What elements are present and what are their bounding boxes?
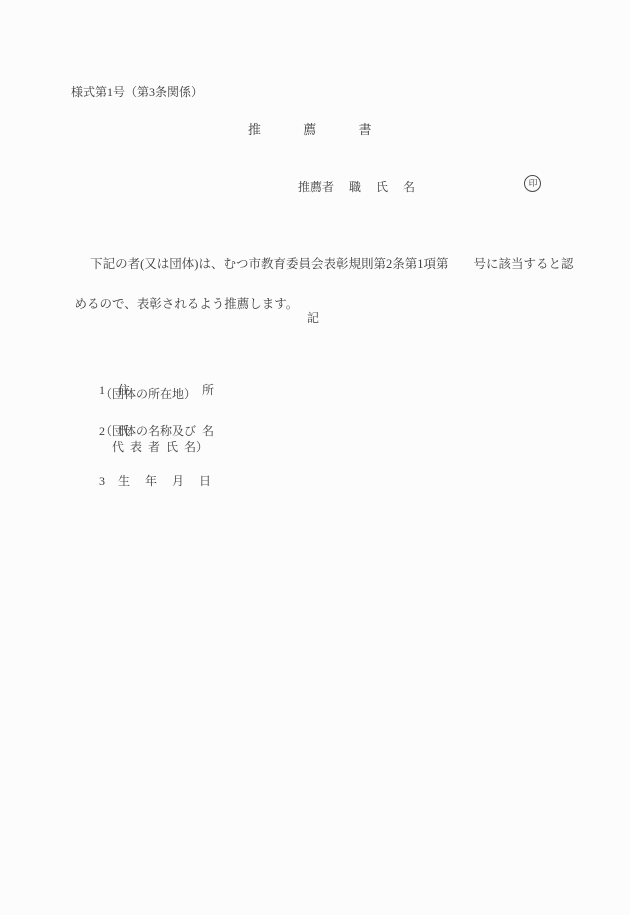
list-item-name-sub-2: 代 表 者 氏 名） [81,438,208,455]
list-item-name-sub-1: （団体の名称及び [81,422,196,439]
record-heading: 記 [307,309,319,326]
body-line-2: めるので、表彰されるよう推薦します。 [75,297,299,311]
body-line-1: 下記の者(又は団体)は、むつ市教育委員会表彰規則第2条第1項第 号に該当すると認 [75,257,574,271]
list-item-birthdate: 3生 年 月 日 [81,457,211,504]
seal-stamp-character: 印 [528,179,537,188]
item-label: 生 年 月 日 [118,474,211,488]
recommender-name-line: 推薦者 職 氏 名 [298,178,415,195]
form-number-label: 様式第1号（第3条関係） [71,83,203,100]
document-page: 様式第1号（第3条関係） 推 薦 書 推薦者 職 氏 名 印 下記の者(又は団体… [0,0,630,915]
item-number: 3 [99,474,118,489]
body-paragraph: 下記の者(又は団体)は、むつ市教育委員会表彰規則第2条第1項第 号に該当すると認… [62,234,587,334]
document-title: 推 薦 書 [248,119,372,138]
item-list: 1住 所 （団体の所在地） 2氏 名 （団体の名称及び 代 表 者 氏 名） 3… [81,366,321,481]
list-item-address-sub: （団体の所在地） [81,385,196,402]
seal-stamp-icon: 印 [524,175,541,192]
